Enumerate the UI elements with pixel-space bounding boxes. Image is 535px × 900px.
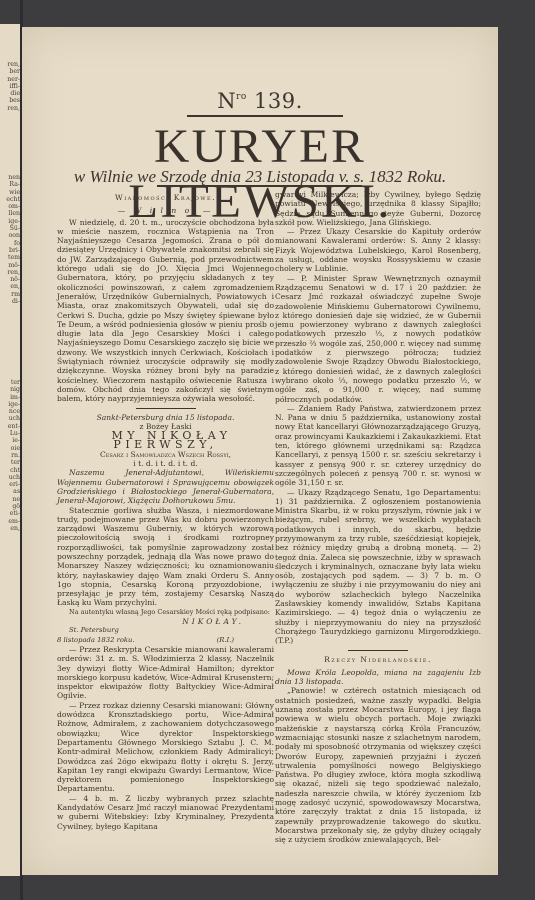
article-speech: „Panowie! w cztérech ostatnich miesiącac… xyxy=(275,686,481,844)
dateline: w Wilnie we Srzodę dnia 23 Listopada v. … xyxy=(22,167,498,187)
city-header-wilno: — W i l n o. — xyxy=(57,206,274,215)
left-column: Wiadomości Krajowe. — W i l n o. — W nie… xyxy=(57,190,274,831)
signature-place: St. Petersburg xyxy=(57,626,274,635)
article-minister: — P. Minister Spraw Wewnętrznych oznaymi… xyxy=(275,274,481,404)
article-presidents: — 4 b. m. Z liczby wybranych przez szlac… xyxy=(57,794,274,831)
previous-page-text-top: ren,berner-iffi-diebesren, xyxy=(7,61,20,112)
signature: NIKOŁAY. xyxy=(57,617,274,626)
section-title-netherlands: Rzeczy Niderlandskie. xyxy=(275,655,481,664)
right-column: gwardyi Milkiewicza; Izby Cywilney, byłe… xyxy=(275,190,481,844)
separator-rule xyxy=(136,408,196,409)
previous-page-text-low: ternigim-ige-nceuchent-Lu-ie-oiern.terch… xyxy=(8,379,20,532)
article-council: — Zdaniem Rady Państwa, zatwierdzonem pr… xyxy=(275,404,481,488)
speech-title: Mowa Króla Leopolda, miana na zagajeniu … xyxy=(275,668,481,687)
article-orders: — Przez Reskrypta Cesarskie mianowani ka… xyxy=(57,645,274,701)
article-presidents-cont: gwardyi Milkiewicza; Izby Cywilney, byłe… xyxy=(275,190,481,227)
signature-note: Na autentyku własną Jego Cesarskiey Mośc… xyxy=(57,608,274,617)
rescript-addressee: Naszemu Jenerał-Adjutantowi, Wileńskiemu… xyxy=(57,468,274,505)
signature-date-row: 8 listopada 1832 roku. (R.I.) xyxy=(57,636,274,645)
masthead-rule-bottom xyxy=(157,185,362,187)
emperor-name: MY NIKOŁAY PIERWSZY, xyxy=(57,431,274,450)
newspaper-page: Nro 139. KURYER LITEWSKI. w Wilnie we Sr… xyxy=(22,27,498,875)
rescript-body: Statecznie gorliwa służba Wasza, i niezm… xyxy=(57,506,274,608)
article-anniversary: W niedzielę, d. 20 t. m., uroczyście obc… xyxy=(57,218,274,404)
emperor-title: Cesarz i Samowładzca Wszech Rossyi, xyxy=(57,450,274,459)
masthead-rule-top xyxy=(187,115,343,117)
source-tag: (R.I.) xyxy=(217,636,274,645)
separator-rule xyxy=(348,650,408,651)
article-appointments: — Przez rozkaz dzienny Cesarski mianowan… xyxy=(57,701,274,794)
article-senate-ukazy: — Ukazy Rządzącego Senatu, 1go Departame… xyxy=(275,488,481,646)
etc-line: i t. d. i t. d. i t. d. xyxy=(57,459,274,468)
dispatch-line: Sankt-Petersburg dnia 15 listopada. xyxy=(57,413,274,422)
section-title-domestic: Wiadomości Krajowe. xyxy=(57,193,274,202)
signature-date: 8 listopada 1832 roku. xyxy=(57,636,135,645)
article-knights: — Przez Ukazy Cesarskie do Kapituły orde… xyxy=(275,227,481,273)
issue-number: Nro 139. xyxy=(22,89,498,113)
